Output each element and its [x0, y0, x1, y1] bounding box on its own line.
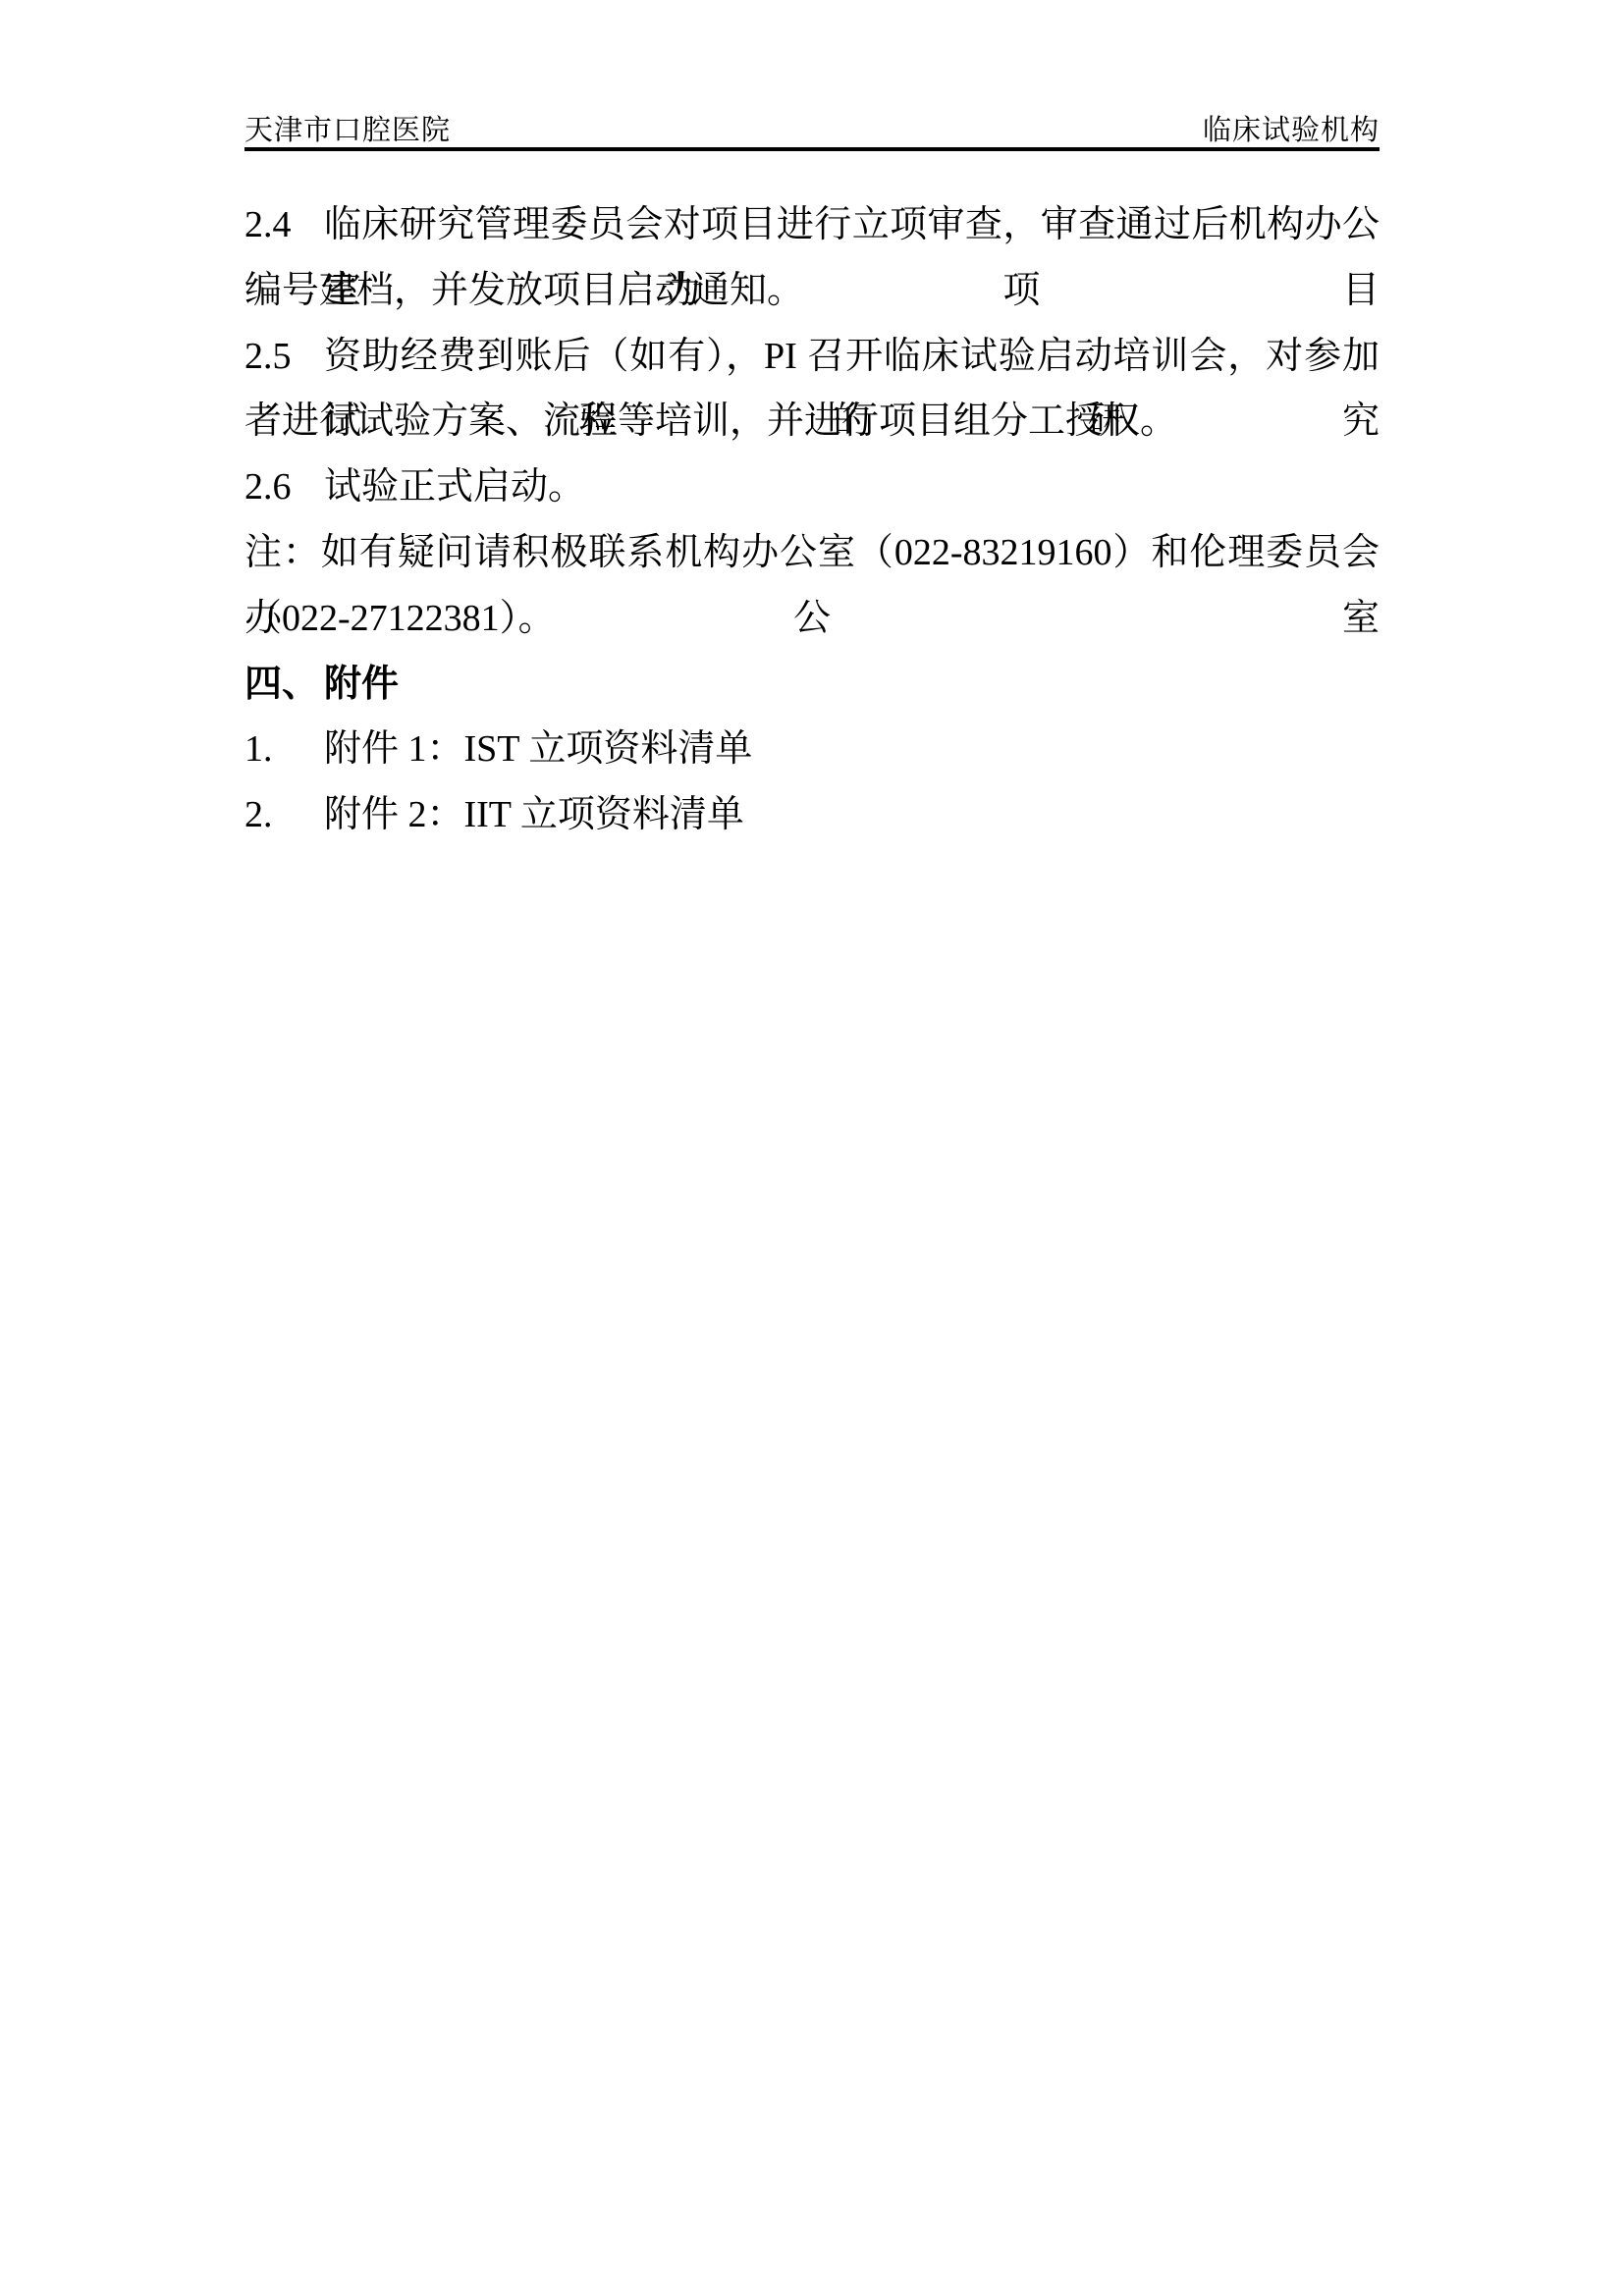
line-text: 附件 2：IIT 立项资料清单	[324, 782, 1380, 848]
document-body: 2.4 临床研究管理委员会对项目进行立项审查，审查通过后机构办公室为项目 编号建…	[244, 192, 1380, 848]
body-line-7: （022-27122381）。	[244, 586, 1380, 652]
body-line-6: 注：如有疑问请积极联系机构办公室（022-83219160）和伦理委员会办公室	[244, 520, 1380, 586]
clause-number: 2.4	[244, 192, 324, 258]
body-line-4: 者进行试验方案、流程等培训，并进行项目组分工授权。	[244, 389, 1380, 454]
section-heading-attachments: 四、 附件	[244, 652, 1380, 718]
clause-number: 2.6	[244, 454, 324, 520]
body-line-3: 2.5 资助经费到账后（如有），PI 召开临床试验启动培训会，对参加试验的研究	[244, 324, 1380, 390]
line-text: 编号建档，并发放项目启动通知。	[244, 258, 1380, 324]
list-number: 1.	[244, 717, 324, 782]
attachment-list-item-2: 2. 附件 2：IIT 立项资料清单	[244, 782, 1380, 848]
list-number: 2.	[244, 782, 324, 848]
clause-number: 2.5	[244, 324, 324, 390]
header-left-text: 天津市口腔医院	[244, 108, 451, 148]
heading-text: 附件	[324, 652, 1380, 718]
header-right-text: 临床试验机构	[1203, 108, 1380, 148]
line-text: 者进行试验方案、流程等培训，并进行项目组分工授权。	[244, 389, 1380, 454]
line-text: 附件 1：IST 立项资料清单	[324, 717, 1380, 782]
body-line-1: 2.4 临床研究管理委员会对项目进行立项审查，审查通过后机构办公室为项目	[244, 192, 1380, 258]
line-text: 注：如有疑问请积极联系机构办公室（022-83219160）和伦理委员会办公室	[244, 520, 1380, 586]
document-page: 天津市口腔医院 临床试验机构 2.4 临床研究管理委员会对项目进行立项审查，审查…	[0, 0, 1624, 2296]
heading-number: 四、	[244, 652, 324, 718]
line-text: 试验正式启动。	[324, 454, 1380, 520]
line-text: 临床研究管理委员会对项目进行立项审查，审查通过后机构办公室为项目	[324, 192, 1380, 258]
page-header: 天津市口腔医院 临床试验机构	[244, 108, 1380, 147]
line-text: （022-27122381）。	[244, 586, 1380, 652]
header-rule	[244, 147, 1380, 151]
body-line-2: 编号建档，并发放项目启动通知。	[244, 258, 1380, 324]
line-text: 资助经费到账后（如有），PI 召开临床试验启动培训会，对参加试验的研究	[324, 324, 1380, 390]
attachment-list-item-1: 1. 附件 1：IST 立项资料清单	[244, 717, 1380, 782]
body-line-5: 2.6 试验正式启动。	[244, 454, 1380, 520]
